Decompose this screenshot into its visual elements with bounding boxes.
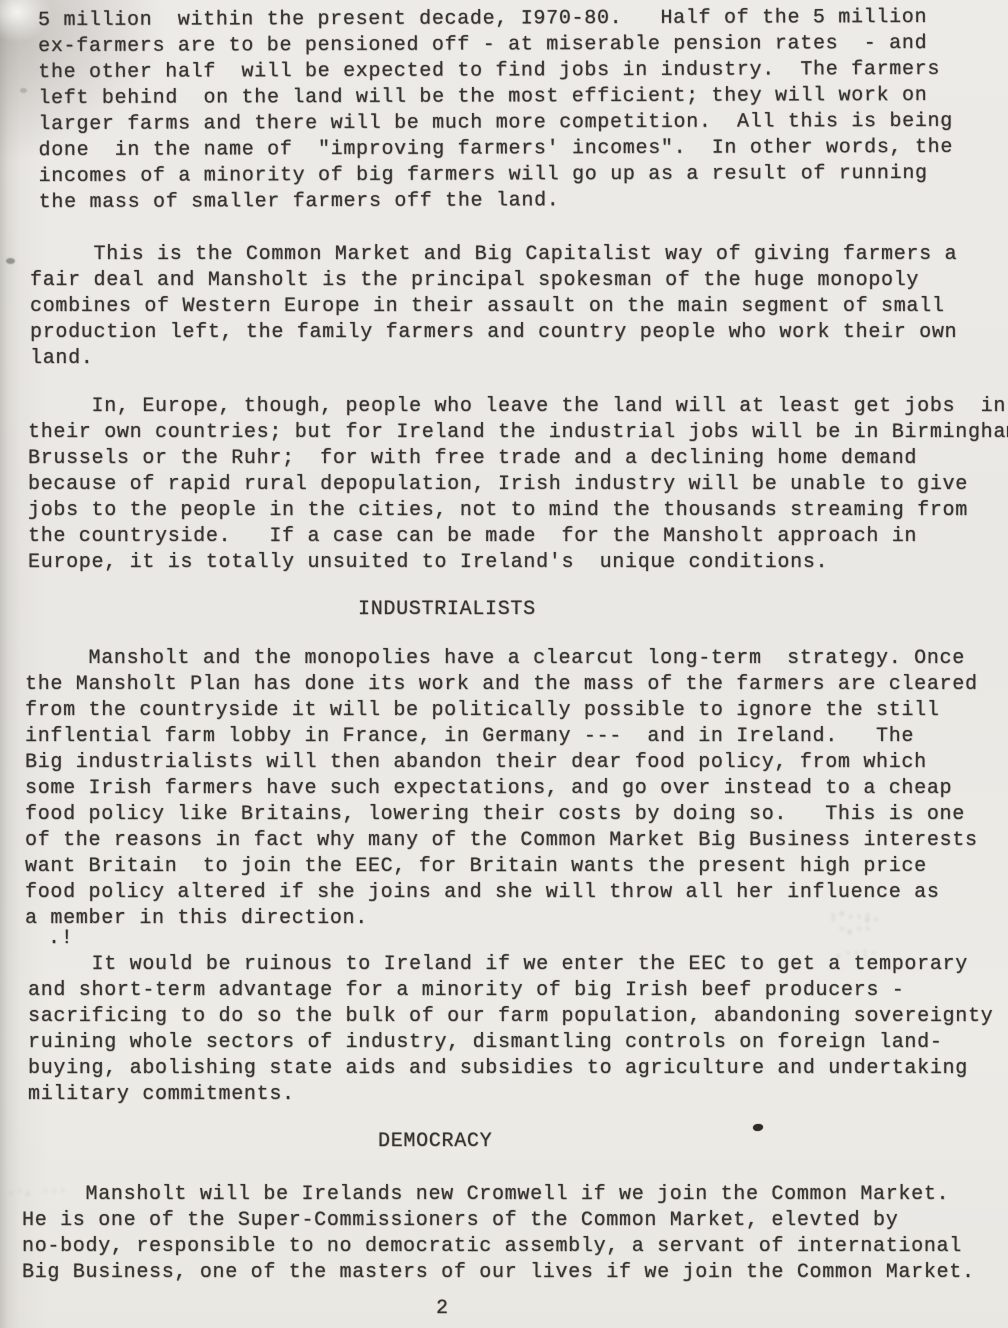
paragraph-4: Mansholt and the monopolies have a clear… xyxy=(25,646,978,932)
paragraph-1: 5 million within the present decade, I97… xyxy=(38,5,953,216)
scan-speck xyxy=(20,88,27,93)
section-heading-industrialists: INDUSTRIALISTS xyxy=(358,597,536,623)
scanned-document-page: :'··;. ·,·· ,··:· .·, ··· 5 million with… xyxy=(0,0,1008,1328)
scan-speck xyxy=(6,258,15,264)
page-number: 2 xyxy=(436,1296,449,1322)
paragraph-3: In, Europe, though, people who leave the… xyxy=(28,394,1008,576)
stray-mark: .! xyxy=(48,926,73,952)
paragraph-6: Mansholt will be Irelands new Cromwell i… xyxy=(22,1182,975,1286)
paragraph-5: It would be ruinous to Ireland if we ent… xyxy=(28,952,993,1108)
ink-dot xyxy=(753,1124,763,1131)
section-heading-democracy: DEMOCRACY xyxy=(378,1129,492,1155)
paragraph-2: This is the Common Market and Big Capita… xyxy=(30,242,957,372)
